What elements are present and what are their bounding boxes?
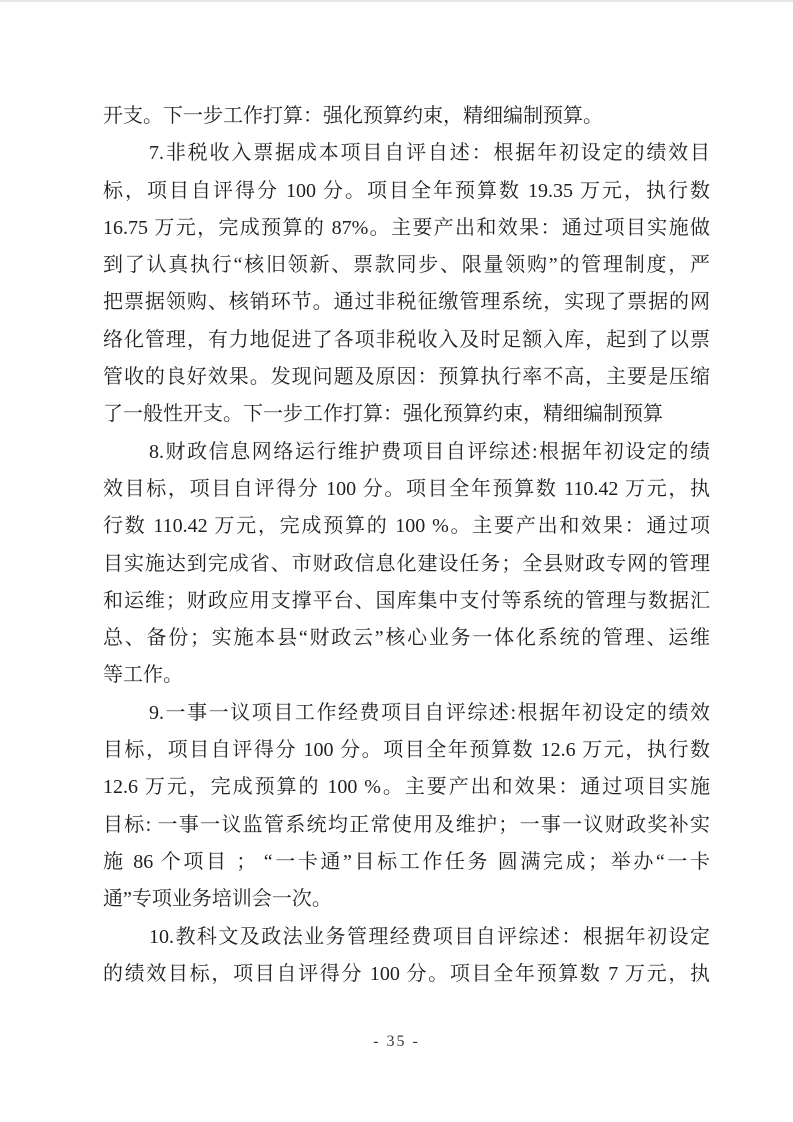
document-line: 到了认真执行“核旧领新、票款同步、限量领购”的管理制度，严 <box>103 247 710 284</box>
document-line: 9.一事一议项目工作经费项目自评综述:根据年初设定的绩效 <box>103 695 710 732</box>
page-top-edge <box>0 0 793 2</box>
page-footer: - 35 - <box>0 1033 793 1051</box>
document-body: 开支。下一步工作打算：强化预算约束，精细编制预算。 7.非税收入票据成本项目自评… <box>103 98 710 993</box>
document-line: 目标，项目自评得分 100 分。项目全年预算数 12.6 万元，执行数 <box>103 732 710 769</box>
document-line: 把票据领购、核销环节。通过非税征缴管理系统，实现了票据的网 <box>103 284 710 321</box>
document-line: 8.财政信息网络运行维护费项目自评综述:根据年初设定的绩 <box>103 434 710 471</box>
document-line: 12.6 万元，完成预算的 100 %。主要产出和效果：通过项目实施 <box>103 769 710 806</box>
document-line: 7.非税收入票据成本项目自评自述：根据年初设定的绩效目 <box>103 135 710 172</box>
document-line: 效目标，项目自评得分 100 分。项目全年预算数 110.42 万元，执 <box>103 471 710 508</box>
document-line: 通”专项业务培训会一次。 <box>103 881 710 918</box>
document-line: 目实施达到完成省、市财政信息化建设任务；全县财政专网的管理 <box>103 546 710 583</box>
document-line: 标，项目自评得分 100 分。项目全年预算数 19.35 万元，执行数 <box>103 173 710 210</box>
document-line: 总、备份；实施本县“财政云”核心业务一体化系统的管理、运维 <box>103 620 710 657</box>
document-page: 开支。下一步工作打算：强化预算约束，精细编制预算。 7.非税收入票据成本项目自评… <box>0 0 793 1122</box>
page-number: - 35 - <box>373 1033 420 1050</box>
document-line: 施 86 个项目 ； “一卡通”目标工作任务 圆满完成；举办“一卡 <box>103 844 710 881</box>
document-line: 16.75 万元，完成预算的 87%。主要产出和效果：通过项目实施做 <box>103 210 710 247</box>
document-line: 络化管理，有力地促进了各项非税收入及时足额入库，起到了以票 <box>103 322 710 359</box>
document-line: 等工作。 <box>103 657 710 694</box>
document-line: 了一般性开支。下一步工作打算：强化预算约束，精细编制预算 <box>103 396 710 433</box>
document-line: 开支。下一步工作打算：强化预算约束，精细编制预算。 <box>103 98 710 135</box>
document-line: 10.教科文及政法业务管理经费项目自评综述：根据年初设定 <box>103 919 710 956</box>
document-line: 和运维；财政应用支撑平台、国库集中支付等系统的管理与数据汇 <box>103 583 710 620</box>
document-line: 的绩效目标，项目自评得分 100 分。项目全年预算数 7 万元，执 <box>103 956 710 993</box>
document-line: 目标: 一事一议监管系统均正常使用及维护；一事一议财政奖补实 <box>103 807 710 844</box>
document-line: 管收的良好效果。发现问题及原因：预算执行率不高，主要是压缩 <box>103 359 710 396</box>
document-line: 行数 110.42 万元，完成预算的 100 %。主要产出和效果：通过项 <box>103 508 710 545</box>
